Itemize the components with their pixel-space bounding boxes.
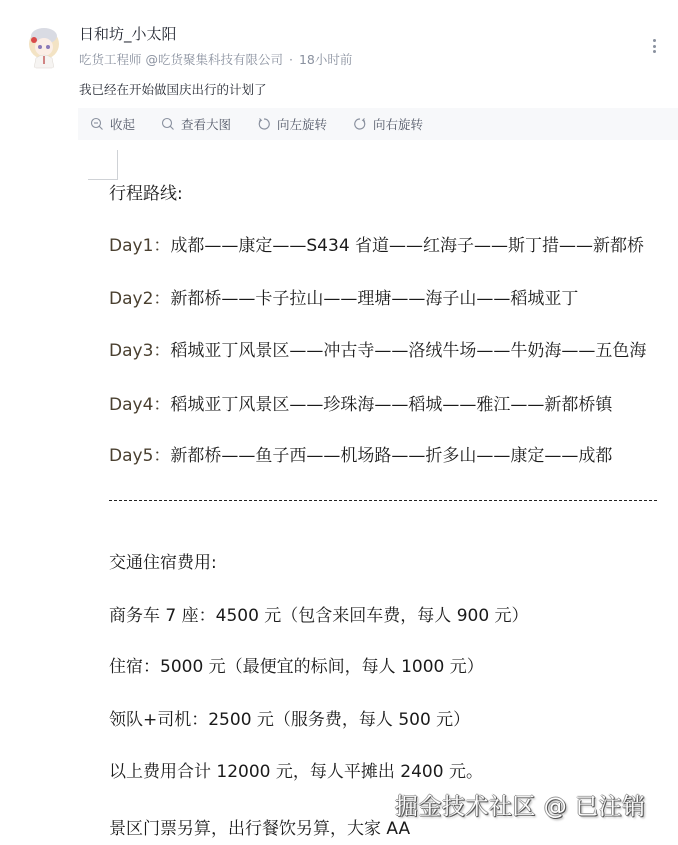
day-route-line: Day1：成都——康定——S434 省道——红海子——斯丁措——新都桥 [109, 234, 644, 258]
author-name[interactable]: 日和坊_小太阳 [79, 24, 177, 44]
rotate-right-label: 向右旋转 [373, 115, 423, 133]
rotate-left-button[interactable]: 向左旋转 [257, 115, 327, 133]
day-route: 稻城亚丁风景区——冲古寺——洛绒牛场——牛奶海——五色海 [170, 341, 646, 361]
rotate-left-icon [257, 117, 271, 131]
search-icon [161, 117, 175, 131]
collapse-button[interactable]: 收起 [90, 115, 135, 133]
cost-line: 住宿：5000 元（最便宜的标间，每人 1000 元） [109, 655, 484, 679]
day-label: Day3： [109, 341, 170, 361]
post-text: 我已经在开始做国庆出行的计划了 [79, 81, 267, 99]
more-options-icon[interactable] [646, 36, 662, 56]
collapse-label: 收起 [110, 115, 135, 133]
author-title: 吃货工程师 @吃货聚集科技有限公司 [79, 52, 283, 67]
day-route-line: Day2：新都桥——卡子拉山——理塘——海子山——稻城亚丁 [109, 287, 578, 311]
route-heading: 行程路线: [109, 182, 183, 206]
rotate-right-icon [353, 117, 367, 131]
meta-separator: · [289, 52, 293, 67]
rotate-right-button[interactable]: 向右旋转 [353, 115, 423, 133]
avatar[interactable] [22, 22, 66, 70]
day-route: 稻城亚丁风景区——珍珠海——稻城——雅江——新都桥镇 [170, 395, 612, 415]
day-route: 新都桥——卡子拉山——理塘——海子山——稻城亚丁 [170, 289, 578, 309]
image-toolbar: 收起 查看大图 向左旋转 向右旋转 [78, 108, 678, 140]
cost-heading: 交通住宿费用: [109, 551, 217, 575]
cost-line: 景区门票另算，出行餐饮另算，大家 AA [109, 817, 410, 841]
day-route-line: Day3：稻城亚丁风景区——冲古寺——洛绒牛场——牛奶海——五色海 [109, 339, 646, 363]
day-label: Day2： [109, 289, 170, 309]
cost-line: 领队+司机：2500 元（服务费，每人 500 元） [109, 708, 470, 732]
day-label: Day5： [109, 446, 170, 466]
watermark: 掘金技术社区 @ 已注销 [395, 788, 646, 821]
day-label: Day4： [109, 395, 170, 415]
day-route-line: Day5：新都桥——鱼子西——机场路——折多山——康定——成都 [109, 444, 612, 468]
day-route: 新都桥——鱼子西——机场路——折多山——康定——成都 [170, 446, 612, 466]
day-label: Day1： [109, 236, 170, 256]
dashed-divider [109, 500, 657, 502]
view-large-label: 查看大图 [181, 115, 231, 133]
document-image[interactable]: 行程路线: Day1：成都——康定——S434 省道——红海子——斯丁措——新都… [78, 140, 678, 845]
post-header: 日和坊_小太阳 吃货工程师 @吃货聚集科技有限公司·18小时前 我已经在开始做国… [0, 0, 678, 100]
cost-line: 以上费用合计 12000 元，每人平摊出 2400 元。 [109, 760, 483, 784]
day-route: 成都——康定——S434 省道——红海子——斯丁措——新都桥 [170, 236, 644, 256]
view-large-button[interactable]: 查看大图 [161, 115, 231, 133]
rotate-left-label: 向左旋转 [277, 115, 327, 133]
day-route-line: Day4：稻城亚丁风景区——珍珠海——稻城——雅江——新都桥镇 [109, 393, 612, 417]
post-time: 18小时前 [299, 52, 352, 67]
zoom-out-icon [90, 117, 104, 131]
cost-line: 商务车 7 座：4500 元（包含来回车费，每人 900 元） [109, 604, 529, 628]
author-meta: 吃货工程师 @吃货聚集科技有限公司·18小时前 [79, 51, 352, 69]
page-corner-mark [88, 150, 118, 180]
